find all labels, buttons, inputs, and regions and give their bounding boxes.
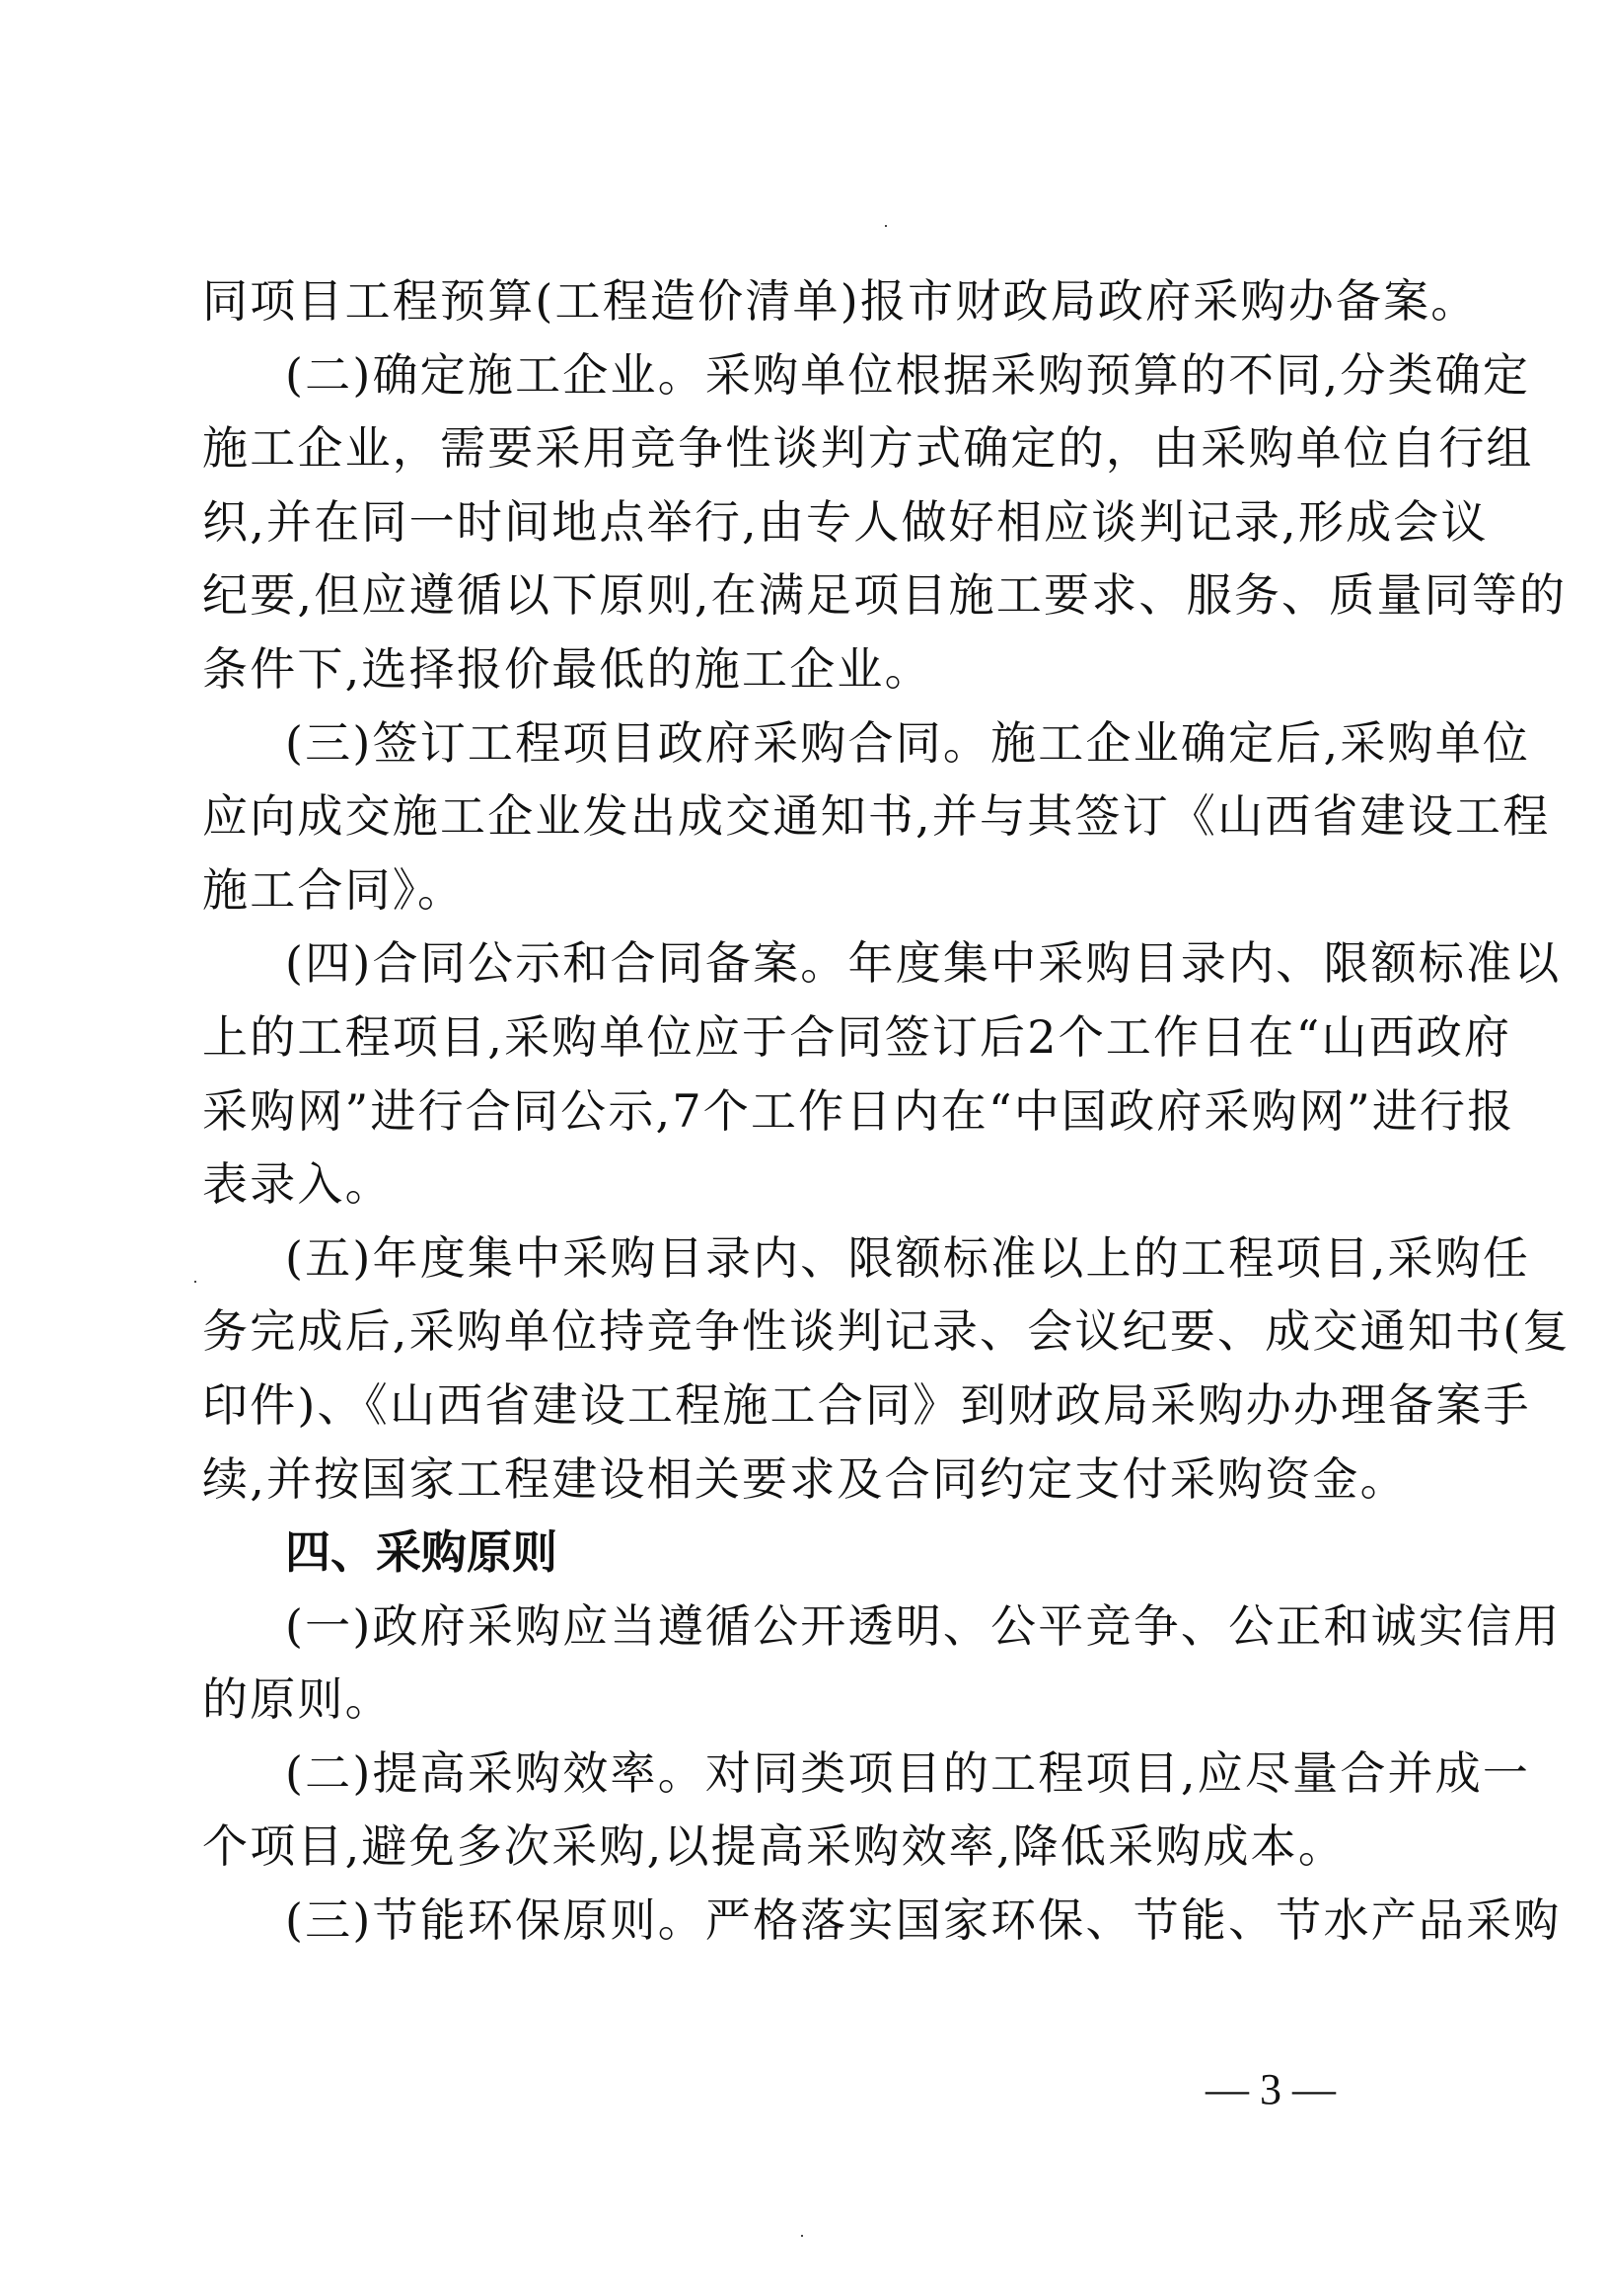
text-line: 表录入。 <box>202 1148 1398 1222</box>
document-body: 同项目工程预算(工程造价清单)报市财政局政府采购办备案。 (二)确定施工企业。采… <box>202 264 1398 1958</box>
text-line: 务完成后,采购单位持竞争性谈判记录、会议纪要、成交通知书(复 <box>202 1295 1398 1369</box>
text-line: 应向成交施工企业发出成交通知书,并与其签订《山西省建设工程 <box>202 779 1398 853</box>
paragraph-2-line: (二)确定施工企业。采购单位根据采购预算的不同,分类确定 <box>202 338 1398 412</box>
text-line: 织,并在同一时间地点举行,由专人做好相应谈判记录,形成会议 <box>202 485 1398 559</box>
text-line: 的原则。 <box>202 1663 1398 1737</box>
scan-speck <box>194 1281 196 1283</box>
paragraph-4-line: (四)合同公示和合同备案。年度集中采购目录内、限额标准以 <box>202 926 1398 1000</box>
text-line: 印件)、《山西省建设工程施工合同》到财政局采购办办理备案手 <box>202 1369 1398 1443</box>
text-line: 上的工程项目,采购单位应于合同签订后2个工作日在“山西政府 <box>202 1000 1398 1074</box>
text-line: 施工合同》。 <box>202 853 1398 927</box>
text-line: 纪要,但应遵循以下原则,在满足项目施工要求、服务、质量同等的 <box>202 558 1398 632</box>
text-line: 同项目工程预算(工程造价清单)报市财政局政府采购办备案。 <box>202 264 1398 338</box>
text-line: 施工企业，需要采用竞争性谈判方式确定的，由采购单位自行组 <box>202 411 1398 485</box>
text-line: 条件下,选择报价最低的施工企业。 <box>202 632 1398 706</box>
principle-1-line: (一)政府采购应当遵循公开透明、公平竞争、公正和诚实信用 <box>202 1590 1398 1664</box>
section-heading: 四、采购原则 <box>202 1516 1398 1590</box>
paragraph-3-line: (三)签订工程项目政府采购合同。施工企业确定后,采购单位 <box>202 706 1398 780</box>
paragraph-5-line: (五)年度集中采购目录内、限额标准以上的工程项目,采购任 <box>202 1222 1398 1296</box>
principle-2-line: (二)提高采购效率。对同类项目的工程项目,应尽量合并成一 <box>202 1737 1398 1811</box>
scan-speck <box>801 2235 803 2237</box>
text-line: 个项目,避免多次采购,以提高采购效率,降低采购成本。 <box>202 1810 1398 1884</box>
page-number: — 3 — <box>1206 2065 1324 2114</box>
document-page: 同项目工程预算(工程造价清单)报市财政局政府采购办备案。 (二)确定施工企业。采… <box>0 0 1609 2296</box>
text-line: 采购网”进行合同公示,7个工作日内在“中国政府采购网”进行报 <box>202 1074 1398 1148</box>
scan-speck <box>885 225 887 227</box>
text-line: 续,并按国家工程建设相关要求及合同约定支付采购资金。 <box>202 1443 1398 1517</box>
principle-3-line: (三)节能环保原则。严格落实国家环保、节能、节水产品采购 <box>202 1884 1398 1958</box>
